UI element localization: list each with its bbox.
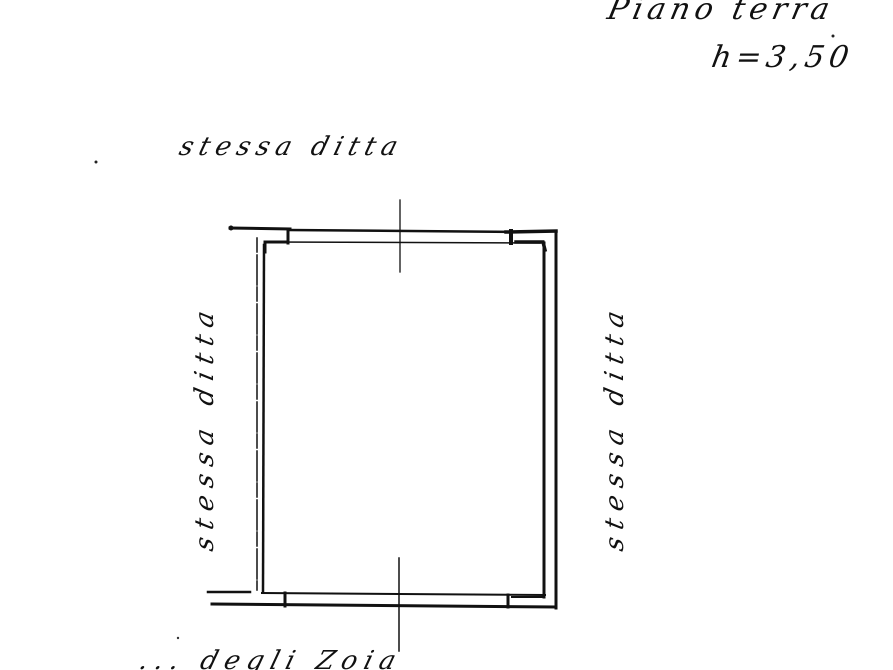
neighbor-label-left: stessa ditta bbox=[190, 279, 220, 575]
floor-plan-lines bbox=[0, 0, 893, 670]
ceiling-height-label: h=3,50 bbox=[709, 40, 856, 75]
left-wall-inner bbox=[263, 245, 264, 592]
bottom-wall-inner bbox=[262, 593, 545, 595]
bottom-wall-outer bbox=[212, 604, 556, 607]
neighbor-label-bottom: ... degli Zoia bbox=[136, 646, 406, 670]
neighbor-label-top: stessa ditta bbox=[176, 132, 407, 162]
top-wall-inner bbox=[268, 242, 540, 243]
top-wall-extension-left bbox=[230, 228, 290, 229]
top-wall-outer bbox=[288, 230, 520, 232]
neighbor-label-right: stessa ditta bbox=[600, 279, 630, 575]
floor-label: Piano terra bbox=[604, 0, 837, 27]
floor-plan-drawing: Piano terra h=3,50 stessa ditta stessa d… bbox=[0, 0, 893, 670]
